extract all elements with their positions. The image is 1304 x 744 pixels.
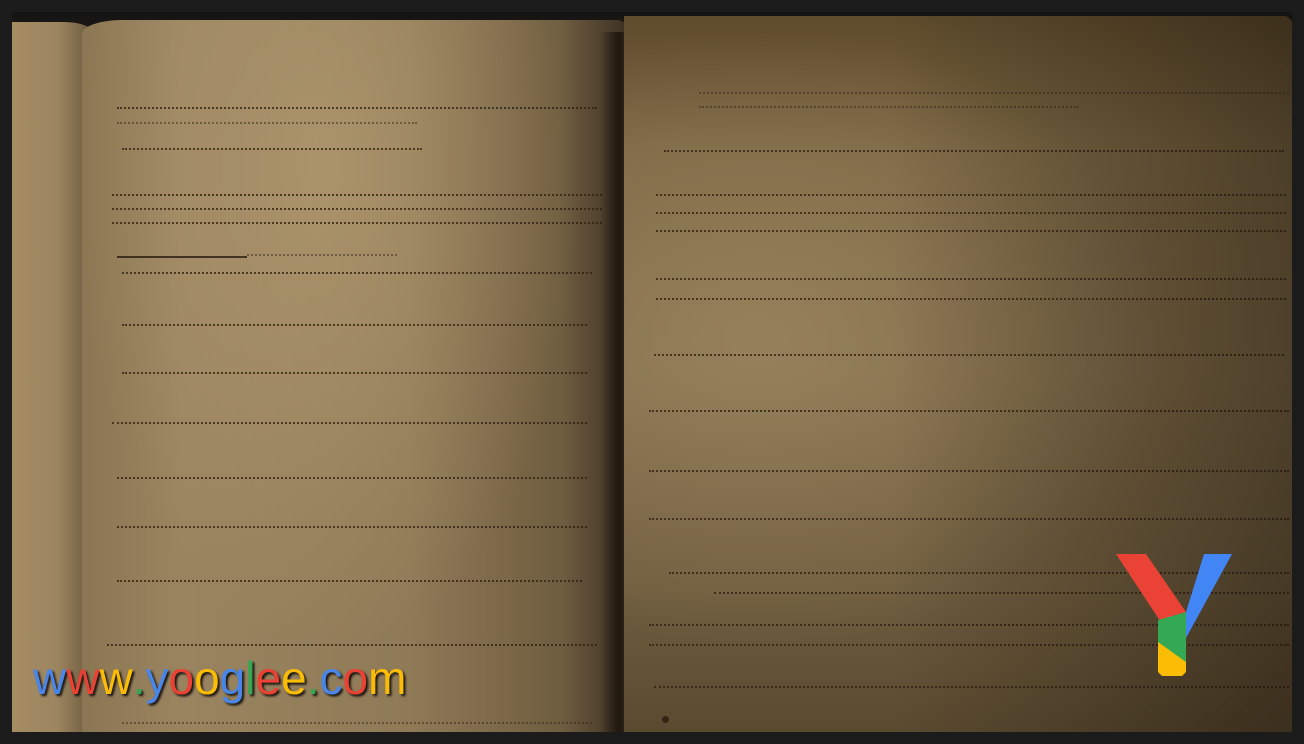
ink-blot [662,716,669,723]
script-line [656,228,1286,232]
watermark-letter: y [145,655,168,701]
watermark-letter: m [368,655,406,701]
script-line [112,220,602,224]
script-line [122,720,592,724]
script-line [117,120,417,124]
watermark-letter: l [245,655,255,701]
y-logo-icon [1112,550,1237,680]
script-line [117,105,597,109]
script-line [656,296,1286,300]
watermark-url: www.yooglee.com [33,655,406,701]
script-line [664,148,1284,152]
ink-rule [117,256,247,258]
watermark-letter: e [281,655,307,701]
script-line [649,516,1289,520]
watermark-letter: o [342,655,368,701]
script-line [107,642,597,646]
script-line [656,210,1286,214]
script-line [112,420,587,424]
watermark-letter: w [99,655,132,701]
script-line [117,524,587,528]
watermark-letter: e [256,655,282,701]
watermark-letter: w [33,655,66,701]
watermark-letter: w [66,655,99,701]
script-line [122,322,587,326]
watermark-letter: o [168,655,194,701]
script-line [112,192,602,196]
script-line [654,352,1284,356]
script-line [656,276,1286,280]
script-line [112,206,602,210]
script-line [649,468,1289,472]
script-line [654,684,1289,688]
script-line [649,408,1289,412]
watermark-letter: c [319,655,342,701]
watermark-letter: g [220,655,246,701]
script-line [699,104,1079,108]
script-line [117,578,582,582]
script-line [122,370,587,374]
watermark-letter: . [133,655,146,701]
script-line [122,270,592,274]
watermark-letter: o [194,655,220,701]
watermark-letter: . [307,655,320,701]
script-line [122,146,422,150]
left-page [82,20,627,732]
script-line [656,192,1286,196]
script-line [699,90,1289,94]
book-photo [12,12,1292,732]
script-line [117,475,587,479]
script-line [247,252,397,256]
